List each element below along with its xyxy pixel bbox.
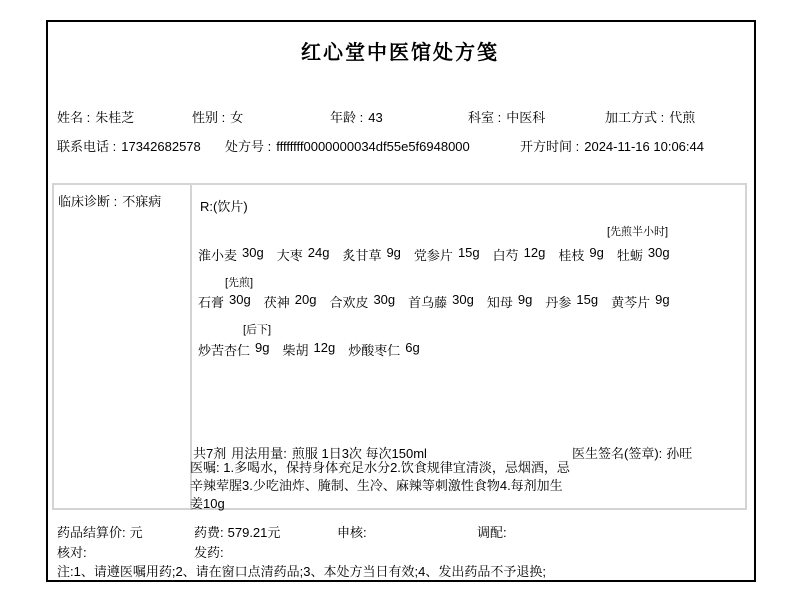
herb-name: 党参片 [414,245,453,264]
herb-dose: 15g [576,292,598,311]
prepare-label: 调配: [477,525,507,540]
medicine-fee-value: 579.21元 [228,525,281,540]
medical-advice-line: 医嘱: 1.多喝水，保持身体充足水分2.饮食规律宜清淡，忌烟酒，忌 [190,459,750,477]
herb-item: 丹参15g [545,292,598,311]
herb-item: 桂枝9g [558,245,603,264]
herb-item: 黄芩片9g [611,292,669,311]
herb-dose: 30g [242,245,264,264]
department-value: 中医科 [506,110,545,125]
field-dispense: 发药: [194,542,228,561]
gender-label: 性别 : [192,110,225,125]
herb-item: 炒酸枣仁6g [348,340,419,359]
herb-row-2: 石膏30g 茯神20g 合欢皮30g 首乌藤30g 知母9g 丹参15g 黄芩片… [198,292,670,311]
herb-item: 柴胡12g [282,340,335,359]
processing-method-label: 加工方式 : [605,110,664,125]
field-gender: 性别 :女 [192,107,243,126]
rx-number-label: 处方号 : [225,139,271,154]
page-title: 红心堂中医馆处方笺 [0,36,800,65]
herb-dose: 9g [589,245,603,264]
medicine-fee-label: 药费: [194,525,224,540]
herb-name: 炙甘草 [342,245,381,264]
herb-name: 茯神 [264,292,290,311]
issue-time-label: 开方时间 : [520,139,579,154]
herb-dose: 9g [255,340,269,359]
rx-header: R:(饮片) [200,196,248,215]
herb-dose: 6g [405,340,419,359]
herb-name: 大枣 [277,245,303,264]
field-rx-number: 处方号 :ffffffff0000000034df55e5f6948000 [225,136,470,155]
herb-dose: 12g [314,340,336,359]
herb-row-3: 炒苦杏仁9g 柴胡12g 炒酸枣仁6g [198,340,420,359]
herb-name: 柴胡 [282,340,308,359]
decoction-tag-first-half-hour: [先煎半小时] [607,223,668,239]
herb-item: 炒苦杏仁9g [198,340,269,359]
rx-number-value: ffffffff0000000034df55e5f6948000 [276,139,470,154]
field-processing-method: 加工方式 :代煎 [605,107,695,126]
herb-dose: 30g [452,292,474,311]
field-department: 科室 :中医科 [468,107,545,126]
field-age: 年龄 :43 [330,107,383,126]
medical-advice-line: 姜10g [190,495,750,513]
herb-name: 黄芩片 [611,292,650,311]
herb-dose: 24g [308,245,330,264]
herb-name: 合欢皮 [329,292,368,311]
phone-value: 17342682578 [121,139,201,154]
processing-method-value: 代煎 [669,110,695,125]
medical-advice: 医嘱: 1.多喝水，保持身体充足水分2.饮食规律宜清淡，忌烟酒，忌 辛辣荤腥3.… [190,459,750,513]
field-settlement-price: 药品结算价:元 [57,522,143,541]
herb-dose: 30g [648,245,670,264]
herb-name: 炒酸枣仁 [348,340,400,359]
check-label: 核对: [57,545,87,560]
herb-item: 炙甘草9g [342,245,400,264]
field-prepare: 调配: [477,522,511,541]
herb-dose: 12g [524,245,546,264]
herb-dose: 9g [518,292,532,311]
age-label: 年龄 : [330,110,363,125]
field-issue-time: 开方时间 :2024-11-16 10:06:44 [520,136,704,155]
herb-name: 炒苦杏仁 [198,340,250,359]
field-check: 核对: [57,542,91,561]
herb-dose: 9g [386,245,400,264]
medical-advice-line: 辛辣荤腥3.少吃油炸、腌制、生冷、麻辣等刺激性食物4.每剂加生 [190,477,750,495]
herb-item: 淮小麦30g [198,245,264,264]
herb-dose: 20g [295,292,317,311]
herb-name: 牡蛎 [617,245,643,264]
herb-item: 大枣24g [277,245,330,264]
footer-note: 注:1、请遵医嘱用药;2、请在窗口点清药品;3、本处方当日有效;4、发出药品不予… [57,561,546,580]
gender-value: 女 [230,110,243,125]
herb-name: 知母 [487,292,513,311]
herb-item: 石膏30g [198,292,251,311]
herb-item: 牡蛎30g [617,245,670,264]
herb-dose: 15g [458,245,480,264]
field-patient-name: 姓名 :朱桂芝 [57,107,134,126]
field-phone: 联系电话 :17342682578 [57,136,201,155]
dispense-label: 发药: [194,545,224,560]
decoction-tag-add-later: [后下] [243,321,271,337]
herb-item: 茯神20g [264,292,317,311]
diagnosis-label: 临床诊断 : [58,194,117,209]
herb-dose: 9g [655,292,669,311]
herb-name: 丹参 [545,292,571,311]
herb-name: 首乌藤 [408,292,447,311]
herb-item: 白芍12g [493,245,546,264]
field-diagnosis: 临床诊断 :不寐病 [58,191,161,210]
diagnosis-value: 不寐病 [122,194,161,209]
herb-item: 知母9g [487,292,532,311]
herb-dose: 30g [229,292,251,311]
department-label: 科室 : [468,110,501,125]
herb-name: 石膏 [198,292,224,311]
patient-name-value: 朱桂芝 [95,110,134,125]
review-label: 申核: [337,525,367,540]
herb-item: 合欢皮30g [329,292,395,311]
decoction-tag-first: [先煎] [225,274,253,290]
herb-name: 淮小麦 [198,245,237,264]
herb-row-1: 淮小麦30g 大枣24g 炙甘草9g 党参片15g 白芍12g 桂枝9g 牡蛎3… [198,245,670,264]
herb-item: 党参片15g [414,245,480,264]
field-medicine-fee: 药费:579.21元 [194,522,280,541]
herb-name: 白芍 [493,245,519,264]
herb-name: 桂枝 [558,245,584,264]
settlement-price-label: 药品结算价: [57,525,126,540]
issue-time-value: 2024-11-16 10:06:44 [584,139,704,154]
patient-name-label: 姓名 : [57,110,90,125]
herb-item: 首乌藤30g [408,292,474,311]
phone-label: 联系电话 : [57,139,116,154]
field-review: 申核: [337,522,371,541]
settlement-price-value: 元 [130,525,143,540]
herb-dose: 30g [373,292,395,311]
age-value: 43 [368,110,382,125]
